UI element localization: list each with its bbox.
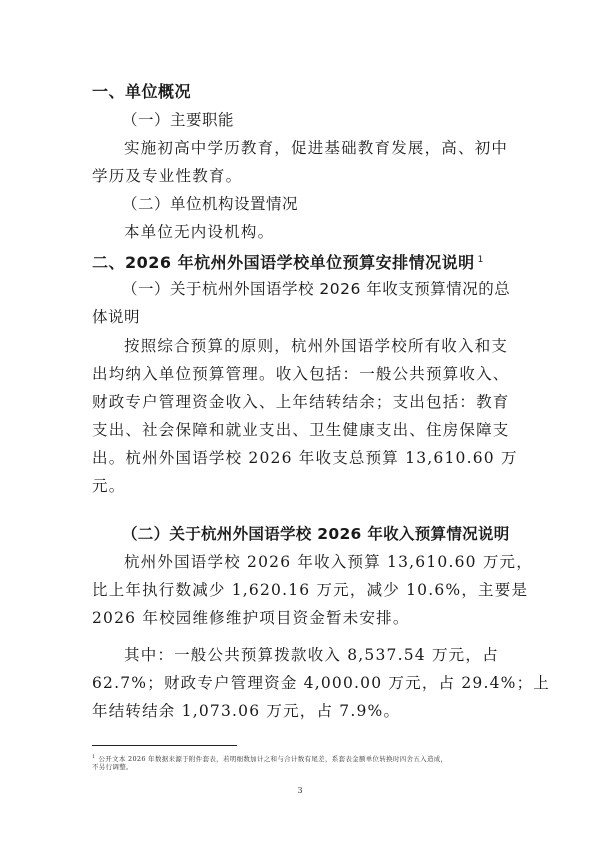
- paragraph-line: 其中：一般公共预算拨款收入 8,537.54 万元，占: [124, 645, 499, 665]
- footnote-text-line1: 公开文本 2026 年数据来源于附件套表，若明细数加计之和与合计数有尾差，系套表…: [98, 755, 447, 763]
- section2-sub1-heading-cont: 体说明: [92, 307, 140, 327]
- paragraph-line: 按照综合预算的原则，杭州外国语学校所有收入和支: [124, 336, 508, 356]
- paragraph-line: 财政专户管理资金收入、上年结转结余；支出包括：教育: [92, 392, 510, 412]
- footnote: 1公开文本 2026 年数据来源于附件套表，若明细数加计之和与合计数有尾差，系套…: [92, 753, 447, 764]
- page-number: 3: [0, 786, 600, 795]
- paragraph-line: 支出、社会保障和就业支出、卫生健康支出、住房保障支: [92, 420, 510, 440]
- paragraph-line: 62.7%；财政专户管理资金 4,000.00 万元，占 29.4%；上: [92, 673, 550, 693]
- footnote-marker: 1: [92, 754, 95, 760]
- footnote-reference[interactable]: 1: [478, 255, 484, 265]
- paragraph-line: 出。杭州外国语学校 2026 年收支总预算 13,610.60 万: [92, 448, 518, 468]
- paragraph-line: 元。: [92, 476, 125, 496]
- section2-sub2-heading: （二）关于杭州外国语学校 2026 年收入预算情况说明: [122, 524, 510, 544]
- section2-heading-text: 二、2026 年杭州外国语学校单位预算安排情况说明: [92, 253, 475, 272]
- paragraph-line: 出均纳入单位预算管理。收入包括：一般公共预算收入、: [92, 364, 510, 384]
- section1-sub1-heading: （一）主要职能: [122, 110, 234, 130]
- section1-heading: 一、单位概况: [92, 82, 191, 102]
- footnote-text-line2: 不另行调整。: [92, 763, 133, 772]
- paragraph-line: 年结转结余 1,073.06 万元，占 7.9%。: [92, 701, 400, 721]
- section2-sub1-heading: （一）关于杭州外国语学校 2026 年收支预算情况的总: [122, 279, 510, 299]
- footnote-divider: [92, 745, 237, 746]
- section2-heading: 二、2026 年杭州外国语学校单位预算安排情况说明1: [92, 250, 484, 273]
- paragraph-line: 杭州外国语学校 2026 年收入预算 13,610.60 万元，: [124, 552, 533, 572]
- paragraph-line: 本单位无内设机构。: [124, 222, 274, 242]
- paragraph-line: 比上年执行数减少 1,620.16 万元，减少 10.6%，主要是: [92, 580, 528, 600]
- section1-sub2-heading: （二）单位机构设置情况: [122, 194, 298, 214]
- paragraph-line: 实施初高中学历教育，促进基础教育发展，高、初中: [124, 138, 508, 158]
- section1-heading-text: 一、单位概况: [92, 82, 191, 101]
- paragraph-line: 2026 年校园维修维护项目资金暂未安排。: [92, 608, 410, 628]
- paragraph-line: 学历及专业性教育。: [92, 166, 242, 186]
